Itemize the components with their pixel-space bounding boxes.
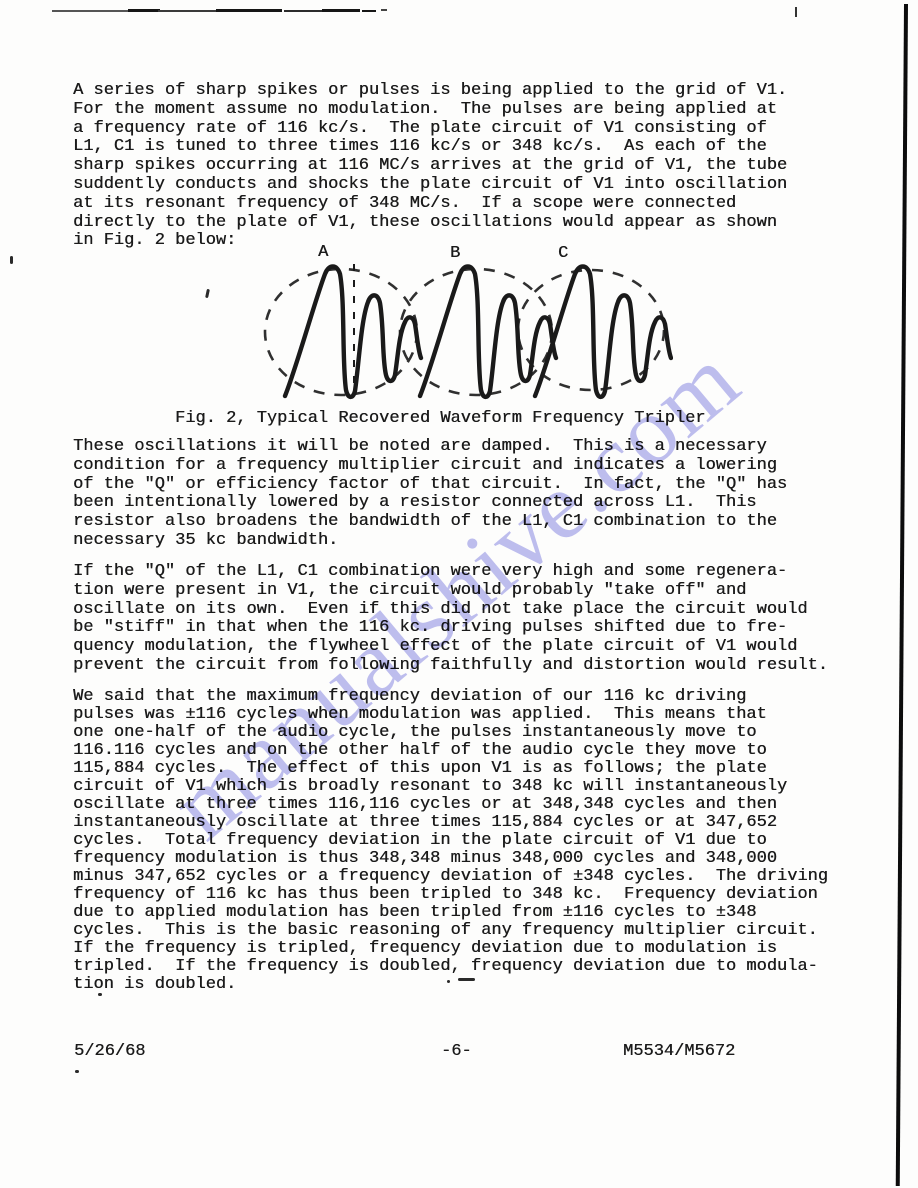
- paragraph-3: If the "Q" of the L1, C1 combination wer…: [73, 563, 828, 676]
- text-line: minus 347,652 cycles or a frequency devi…: [73, 868, 828, 886]
- text-line: sharp spikes occurring at 116 MC/s arriv…: [73, 157, 787, 176]
- text-line: one one-half of the audio cycle, the pul…: [73, 724, 828, 742]
- text-line: cycles. This is the basic reasoning of a…: [73, 922, 828, 940]
- text-line: We said that the maximum frequency devia…: [73, 688, 828, 706]
- scan-artifact-tick: [795, 7, 797, 17]
- text-line: instantaneously oscillate at three times…: [73, 814, 828, 832]
- waveform-envelope: [265, 269, 664, 395]
- footer-document-id: M5534/M5672: [623, 1042, 735, 1061]
- text-line: A series of sharp spikes or pulses is be…: [73, 82, 787, 101]
- paper-speck: [75, 1070, 79, 1073]
- figure-caption: Fig. 2, Typical Recovered Waveform Frequ…: [175, 409, 706, 428]
- text-line: For the moment assume no modulation. The…: [73, 101, 787, 120]
- scan-artifact-segment: [322, 9, 360, 12]
- text-line: prevent the circuit from following faith…: [73, 657, 828, 676]
- footer-date: 5/26/68: [74, 1042, 145, 1061]
- paragraph-2: These oscillations it will be noted are …: [73, 438, 787, 551]
- text-line: necessary 35 kc bandwidth.: [73, 532, 787, 551]
- scan-artifact-segment: [158, 10, 216, 12]
- text-line: at its resonant frequency of 348 MC/s. I…: [73, 195, 787, 214]
- text-line: cycles. Total frequency deviation in the…: [73, 832, 828, 850]
- text-line: 115,884 cycles. The effect of this upon …: [73, 760, 828, 778]
- text-line: of the "Q" or efficiency factor of that …: [73, 476, 787, 495]
- text-line: tion is doubled.: [73, 976, 828, 994]
- text-line: directly to the plate of V1, these oscil…: [73, 214, 787, 233]
- text-line: oscillate on its own. Even if this did n…: [73, 601, 828, 620]
- scan-artifact-segment: [284, 10, 324, 12]
- text-line: been intentionally lowered by a resistor…: [73, 494, 787, 513]
- scanned-document-page: A series of sharp spikes or pulses is be…: [0, 0, 918, 1188]
- scan-artifact-segment: [381, 9, 387, 11]
- text-line: frequency modulation is thus 348,348 min…: [73, 850, 828, 868]
- text-line: tion were present in V1, the circuit wou…: [73, 582, 828, 601]
- text-line: frequency of 116 kc has thus been triple…: [73, 886, 828, 904]
- footer-page-number: -6-: [441, 1042, 472, 1061]
- paper-speck: [205, 289, 210, 298]
- text-line: a frequency rate of 116 kc/s. The plate …: [73, 120, 787, 139]
- text-line: be "stiff" in that when the 116 kc. driv…: [73, 619, 828, 638]
- scan-artifact-segment: [362, 10, 376, 12]
- text-line: pulses was ±116 cycles when modulation w…: [73, 706, 828, 724]
- text-line: condition for a frequency multiplier cir…: [73, 457, 787, 476]
- paragraph-1: A series of sharp spikes or pulses is be…: [73, 82, 787, 251]
- paper-speck: [10, 256, 13, 264]
- text-line: If the "Q" of the L1, C1 combination wer…: [73, 563, 828, 582]
- waveform-burst-b: [420, 267, 556, 397]
- text-line: suddently conducts and shocks the plate …: [73, 176, 787, 195]
- text-line: tripled. If the frequency is doubled, fr…: [73, 958, 828, 976]
- text-line: These oscillations it will be noted are …: [73, 438, 787, 457]
- text-line: due to applied modulation has been tripl…: [73, 904, 828, 922]
- scan-artifact-segment: [216, 9, 282, 12]
- scan-artifact-segment: [128, 9, 160, 12]
- text-line: If the frequency is tripled, frequency d…: [73, 940, 828, 958]
- paragraph-4: We said that the maximum frequency devia…: [73, 688, 828, 994]
- text-line: oscillate at three times 116,116 cycles …: [73, 796, 828, 814]
- text-line: in Fig. 2 below:: [73, 232, 787, 251]
- scan-artifact-right-border: [896, 4, 908, 1186]
- text-line: quency modulation, the flywheel effect o…: [73, 638, 828, 657]
- waveform-burst-c: [535, 267, 671, 397]
- figure-waveform: [253, 258, 673, 404]
- text-line: L1, C1 is tuned to three times 116 kc/s …: [73, 138, 787, 157]
- text-line: 116.116 cycles and on the other half of …: [73, 742, 828, 760]
- text-line: resistor also broadens the bandwidth of …: [73, 513, 787, 532]
- text-line: circuit of V1 which is broadly resonant …: [73, 778, 828, 796]
